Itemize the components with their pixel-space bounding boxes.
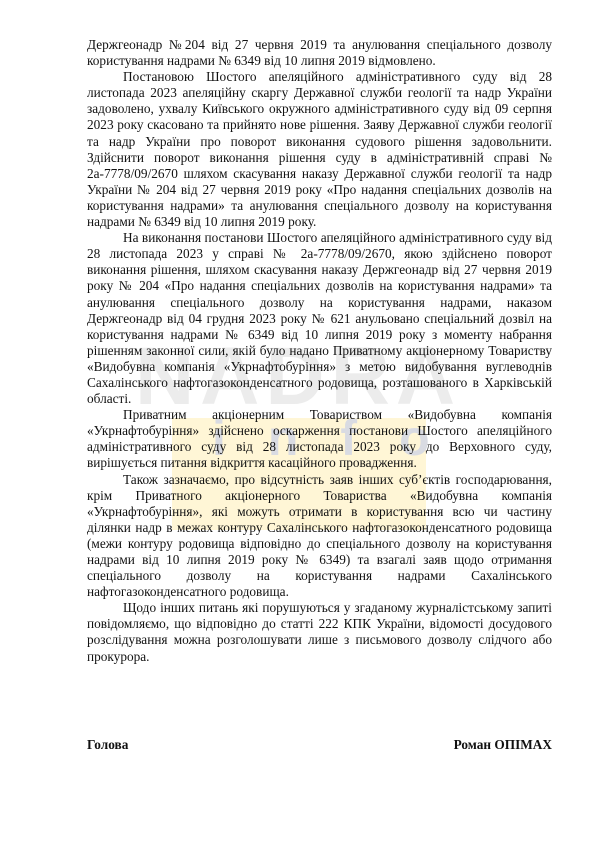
- document-page: NADRA info Держгеонадр №204 від 27 червн…: [0, 0, 595, 841]
- document-body: Держгеонадр №204 від 27 червня 2019 та а…: [87, 37, 552, 665]
- signatory-name: Роман ОПІМАХ: [454, 737, 552, 753]
- paragraph-1: Держгеонадр №204 від 27 червня 2019 та а…: [87, 37, 552, 69]
- paragraph-3: На виконання постанови Шостого апеляційн…: [87, 230, 552, 407]
- paragraph-2: Постановою Шостого апеляційного адмініст…: [87, 69, 552, 230]
- paragraph-5: Також зазначаємо, про відсутність заяв і…: [87, 472, 552, 601]
- paragraph-4: Приватним акціонерним Товариством «Видоб…: [87, 407, 552, 471]
- signatory-title: Голова: [87, 737, 128, 753]
- paragraph-6: Щодо інших питань які порушуються у згад…: [87, 600, 552, 664]
